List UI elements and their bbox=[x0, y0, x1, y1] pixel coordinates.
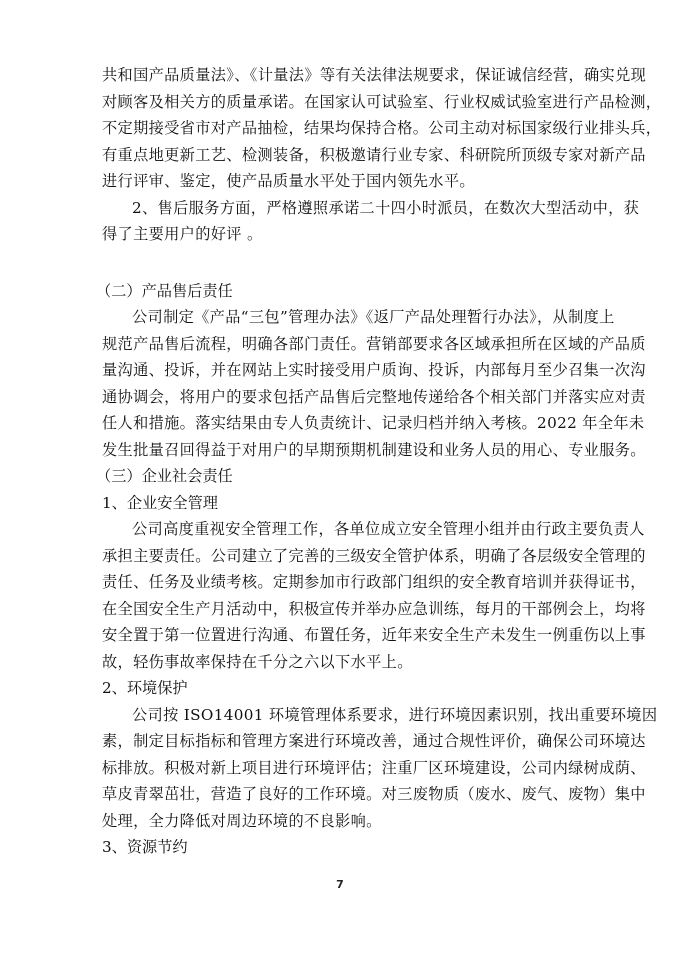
spacer bbox=[102, 248, 576, 278]
text-line: 标排放。积极对新上项目进行环境评估；注重厂区环境建设，公司内绿树成荫、 bbox=[102, 755, 576, 782]
text-line: 对顾客及相关方的质量承诺。在国家认可试验室、行业权威试验室进行产品检测， bbox=[102, 89, 576, 116]
text-line: 得了主要用户的好评 。 bbox=[102, 221, 576, 248]
text-line: 量沟通、投诉，并在网站上实时接受用户质询、投诉，内部每月至少召集一次沟 bbox=[102, 357, 576, 384]
text-line: 2、售后服务方面，严格遵照承诺二十四小时派员，在数次大型活动中，获 bbox=[102, 195, 576, 222]
section-heading-social-responsibility: （三）企业社会责任 bbox=[96, 463, 576, 490]
section-heading-after-sales-responsibility: （二）产品售后责任 bbox=[96, 278, 576, 305]
text-line: 故，轻伤事故率保持在千分之六以下水平上。 bbox=[102, 649, 576, 676]
text-line: 公司高度重视安全管理工作，各单位成立安全管理小组并由行政主要负责人 bbox=[102, 516, 576, 543]
page-number: 7 bbox=[0, 878, 680, 891]
paragraph-environmental-protection: 公司按 ISO14001 环境管理体系要求，进行环境因素识别，找出重要环境因 素… bbox=[102, 702, 576, 835]
subsection-heading-resource-conservation: 3、资源节约 bbox=[102, 834, 576, 861]
paragraph-safety-management: 公司高度重视安全管理工作，各单位成立安全管理小组并由行政主要负责人 承担主要责任… bbox=[102, 516, 576, 675]
text-line: 进行评审、鉴定，使产品质量水平处于国内领先水平。 bbox=[102, 168, 576, 195]
text-line: 责任、任务及业绩考核。定期参加市行政部门组织的安全教育培训并获得证书， bbox=[102, 569, 576, 596]
text-line: 承担主要责任。公司建立了完善的三级安全管护体系，明确了各层级安全管理的 bbox=[102, 543, 576, 570]
text-line: 草皮青翠茁壮，营造了良好的工作环境。对三废物质（废水、废气、废物）集中 bbox=[102, 781, 576, 808]
text-line: 任人和措施。落实结果由专人负责统计、记录归档并纳入考核。2022 年全年未 bbox=[102, 410, 576, 437]
paragraph-after-sales-responsibility: 公司制定《产品“三包”管理办法》《返厂产品处理暂行办法》，从制度上 规范产品售后… bbox=[102, 304, 576, 463]
document-page: 共和国产品质量法》、《计量法》等有关法律法规要求，保证诚信经营，确实兑现 对顾客… bbox=[0, 0, 680, 962]
text-line: 处理，全力降低对周边环境的不良影响。 bbox=[102, 808, 576, 835]
text-line: 素，制定目标指标和管理方案进行环境改善，通过合规性评价，确保公司环境达 bbox=[102, 728, 576, 755]
subsection-heading-environmental-protection: 2、环境保护 bbox=[102, 675, 576, 702]
text-line: 公司按 ISO14001 环境管理体系要求，进行环境因素识别，找出重要环境因 bbox=[102, 702, 576, 729]
text-line: 有重点地更新工艺、检测装备，积极邀请行业专家、科研院所顶级专家对新产品 bbox=[102, 142, 576, 169]
text-line: 规范产品售后流程，明确各部门责任。营销部要求各区域承担所在区域的产品质 bbox=[102, 331, 576, 358]
text-line: 不定期接受省市对产品抽检，结果均保持合格。公司主动对标国家级行业排头兵， bbox=[102, 115, 576, 142]
text-line: 在全国安全生产月活动中，积极宣传并举办应急训练，每月的干部例会上，均将 bbox=[102, 596, 576, 623]
text-line: 公司制定《产品“三包”管理办法》《返厂产品处理暂行办法》，从制度上 bbox=[102, 304, 576, 331]
page-content: 共和国产品质量法》、《计量法》等有关法律法规要求，保证诚信经营，确实兑现 对顾客… bbox=[102, 62, 576, 861]
text-line: 共和国产品质量法》、《计量法》等有关法律法规要求，保证诚信经营，确实兑现 bbox=[102, 62, 576, 89]
paragraph-after-sales-service: 2、售后服务方面，严格遵照承诺二十四小时派员，在数次大型活动中，获 得了主要用户… bbox=[102, 195, 576, 248]
text-line: 安全置于第一位置进行沟通、布置任务，近年来安全生产未发生一例重伤以上事 bbox=[102, 622, 576, 649]
text-line: 发生批量召回得益于对用户的早期预期机制建设和业务人员的用心、专业服务。 bbox=[102, 437, 576, 464]
text-line: 通协调会，将用户的要求包括产品售后完整地传递给各个相关部门并落实应对责 bbox=[102, 384, 576, 411]
subsection-heading-safety-management: 1、企业安全管理 bbox=[102, 490, 576, 517]
paragraph-quality-law: 共和国产品质量法》、《计量法》等有关法律法规要求，保证诚信经营，确实兑现 对顾客… bbox=[102, 62, 576, 195]
